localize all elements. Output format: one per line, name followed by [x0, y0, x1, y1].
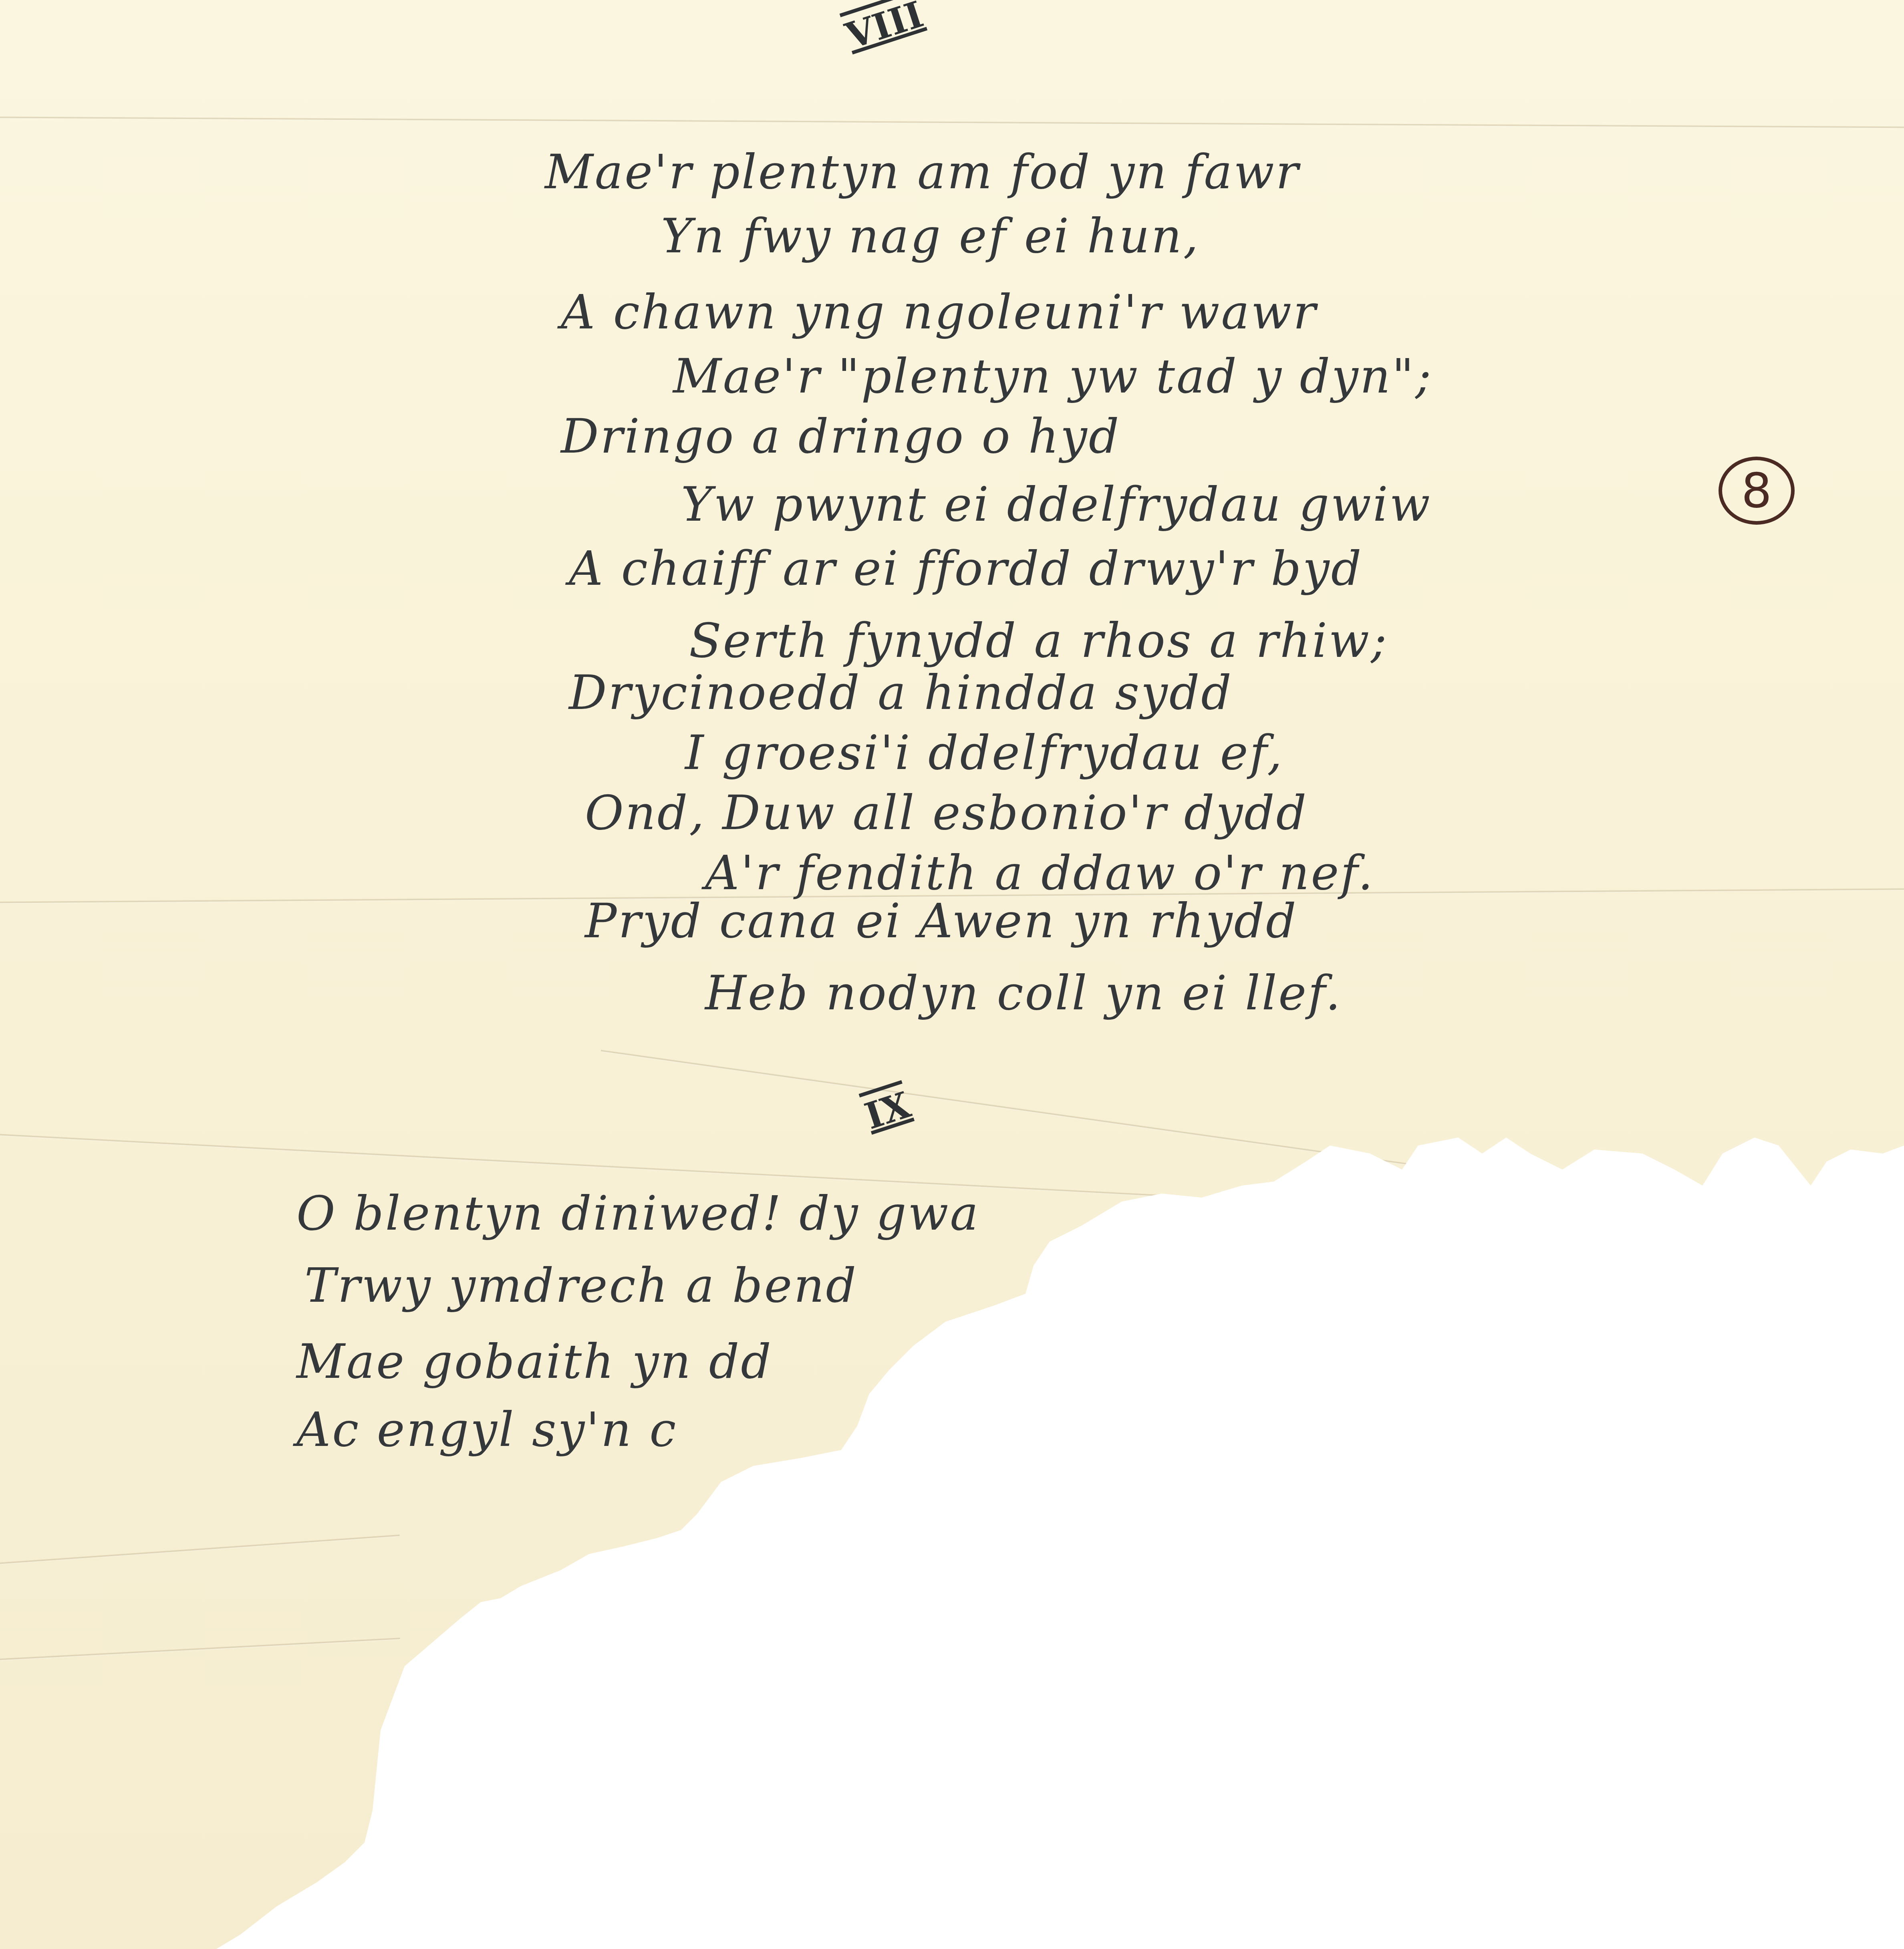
poem-line: I groesi'i ddelfrydau ef, [685, 729, 1284, 776]
poem-line: Mae gobaith yn dd [296, 1338, 773, 1385]
poem-line: A'r fendith a ddaw o'r nef. [705, 849, 1374, 896]
poem-line: O blentyn diniwed! dy gwa [296, 1190, 980, 1237]
poem-line: Mae'r plentyn am fod yn fawr [545, 148, 1300, 195]
page-number-circled: 8 [1719, 457, 1795, 525]
poem-line: Yw pwynt ei ddelfrydau gwiw [681, 481, 1432, 528]
poem-line: Pryd cana ei Awen yn rhydd [585, 897, 1298, 944]
poem-line: Yn fwy nag ef ei hun, [661, 212, 1200, 260]
poem-line: A chawn yng ngoleuni'r wawr [561, 288, 1317, 336]
poem-line: Trwy ymdrech a bend [304, 1262, 858, 1309]
poem-line: Drycinoedd a hindda sydd [569, 669, 1233, 716]
poem-line: Mae'r "plentyn yw tad y dyn"; [673, 352, 1433, 400]
poem-line: Ac engyl sy'n c [296, 1406, 677, 1453]
poem-line: Dringo a dringo o hyd [561, 413, 1120, 460]
poem-line: Ond, Duw all esbonio'r dydd [585, 789, 1308, 836]
poem-line: Serth fynydd a rhos a rhiw; [689, 617, 1388, 664]
poem-line: Heb nodyn coll yn ei llef. [705, 969, 1342, 1017]
poem-line: A chaiff ar ei ffordd drwy'r byd [569, 545, 1363, 592]
